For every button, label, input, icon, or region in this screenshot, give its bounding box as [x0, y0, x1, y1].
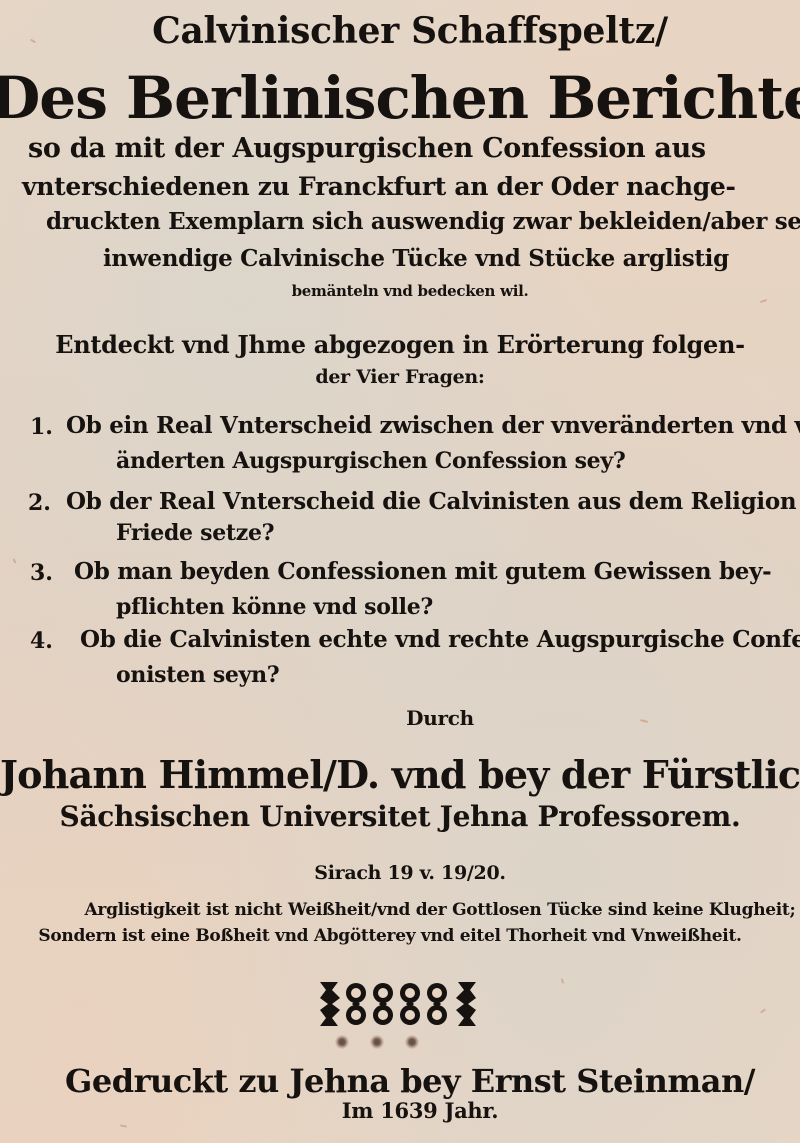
scripture-reference: Sirach 19 v. 19/20. — [0, 862, 800, 884]
description-line-3: druckten Exemplarn sich auswendig zwar b… — [46, 208, 800, 235]
question-number: 3. — [30, 560, 53, 586]
description-line-1: so da mit der Augspurgischen Confession … — [28, 133, 800, 164]
question-number: 1. — [30, 414, 53, 440]
paper-fibre — [120, 1124, 127, 1127]
question-line-cont: änderten Augspurgischen Confession sey? — [116, 448, 625, 474]
discovered-line-2: der Vier Fragen: — [0, 366, 800, 388]
scripture-quote-line-2: Sondern ist eine Boßheit vnd Abgötterey … — [0, 926, 790, 946]
question-line-cont: pflichten könne vnd solle? — [116, 594, 433, 620]
question-line: Ob man beyden Confessionen mit gutem Gew… — [74, 558, 771, 585]
discovered-line-1: Entdeckt vnd Jhme abgezogen in Erörterun… — [0, 330, 800, 359]
paper-fibre — [12, 558, 16, 563]
fleuron-ornament-icon — [318, 980, 478, 1028]
question-line: Ob ein Real Vnterscheid zwischen der vnv… — [66, 412, 800, 439]
by-label: Durch — [0, 706, 800, 730]
scripture-quote-line-1: Arglistigkeit ist nicht Weißheit/vnd der… — [0, 900, 800, 920]
ink-stain-dot — [370, 1035, 384, 1049]
author-line: Johann Himmel/D. vnd bey der Fürstlichen — [0, 752, 800, 797]
question-number: 4. — [30, 628, 53, 654]
question-line-cont: Friede setze? — [116, 520, 274, 546]
question-number: 2. — [28, 490, 51, 516]
ink-stain-dot — [335, 1035, 349, 1049]
main-title: Des Berlinischen Berichters — [0, 64, 790, 132]
affiliation-line: Sächsischen Universitet Jehna Professore… — [0, 800, 800, 833]
description-line-5: bemänteln vnd bedecken wil. — [0, 282, 800, 300]
question-line: Ob der Real Vnterscheid die Calvinisten … — [66, 488, 796, 515]
title-page: Calvinischer Schaffspeltz/ Des Berlinisc… — [0, 0, 800, 1143]
year-line: Im 1639 Jahr. — [0, 1098, 800, 1123]
paper-fibre — [561, 978, 565, 983]
ink-stain-dot — [405, 1035, 419, 1049]
question-line-cont: onisten seyn? — [116, 662, 279, 688]
description-line-4: inwendige Calvinische Tücke vnd Stücke a… — [103, 245, 800, 272]
paper-fibre — [760, 1008, 766, 1013]
subtitle-top: Calvinischer Schaffspeltz/ — [0, 10, 800, 52]
description-line-2: vnterschiedenen zu Franckfurt an der Ode… — [22, 172, 800, 201]
imprint-line: Gedruckt zu Jehna bey Ernst Steinman/ — [0, 1062, 800, 1100]
question-line: Ob die Calvinisten echte vnd rechte Augs… — [80, 626, 800, 653]
paper-fibre — [760, 299, 767, 303]
